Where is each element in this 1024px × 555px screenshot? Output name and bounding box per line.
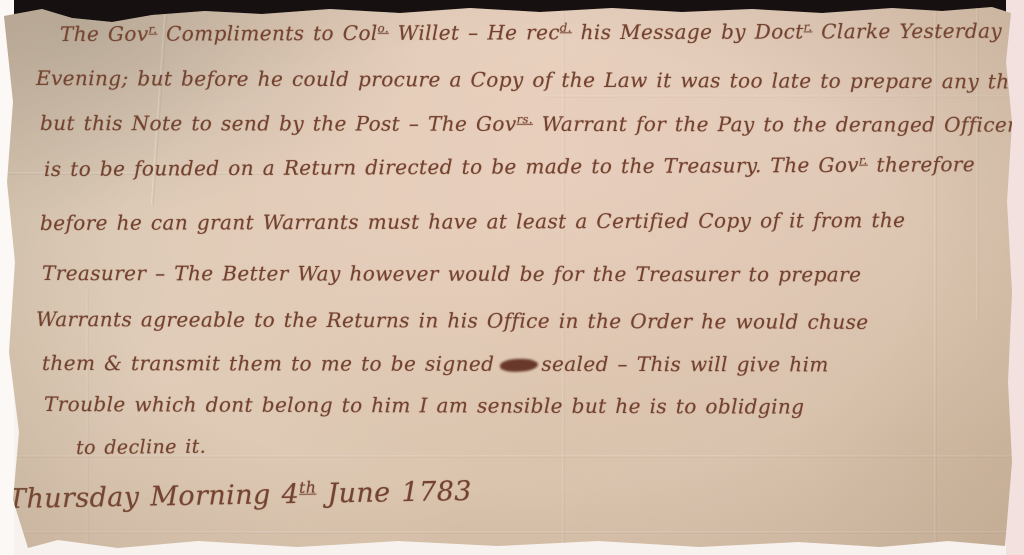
manuscript-line: to decline it.	[76, 436, 206, 459]
manuscript-line: Evening; but before he could procure a C…	[36, 66, 1024, 94]
date-line: Thursday Morning 4th June 1783	[8, 475, 472, 515]
ink-blot	[500, 359, 538, 372]
manuscript-line: is to be founded on a Return directed to…	[44, 152, 975, 181]
manuscript-line: but this Note to send by the Post – The …	[40, 111, 1024, 137]
paper-crease	[976, 0, 979, 320]
manuscript-line: Treasurer – The Better Way however would…	[42, 261, 861, 286]
letter-paper: The Govr. Compliments to Colo. Willet – …	[0, 0, 1024, 555]
manuscript-line: Warrants agreeable to the Returns in his…	[36, 307, 869, 334]
manuscript-line: before he can grant Warrants must have a…	[40, 208, 905, 235]
manuscript-line: Trouble which dont belong to him I am se…	[44, 392, 804, 419]
manuscript-line: them & transmit them to me to be signeds…	[42, 351, 829, 376]
paper-crease	[540, 95, 1024, 98]
manuscript-line: The Govr. Compliments to Colo. Willet – …	[60, 19, 1024, 46]
paper-crease	[0, 531, 1024, 534]
scanned-letter-image: The Govr. Compliments to Colo. Willet – …	[0, 0, 1024, 555]
